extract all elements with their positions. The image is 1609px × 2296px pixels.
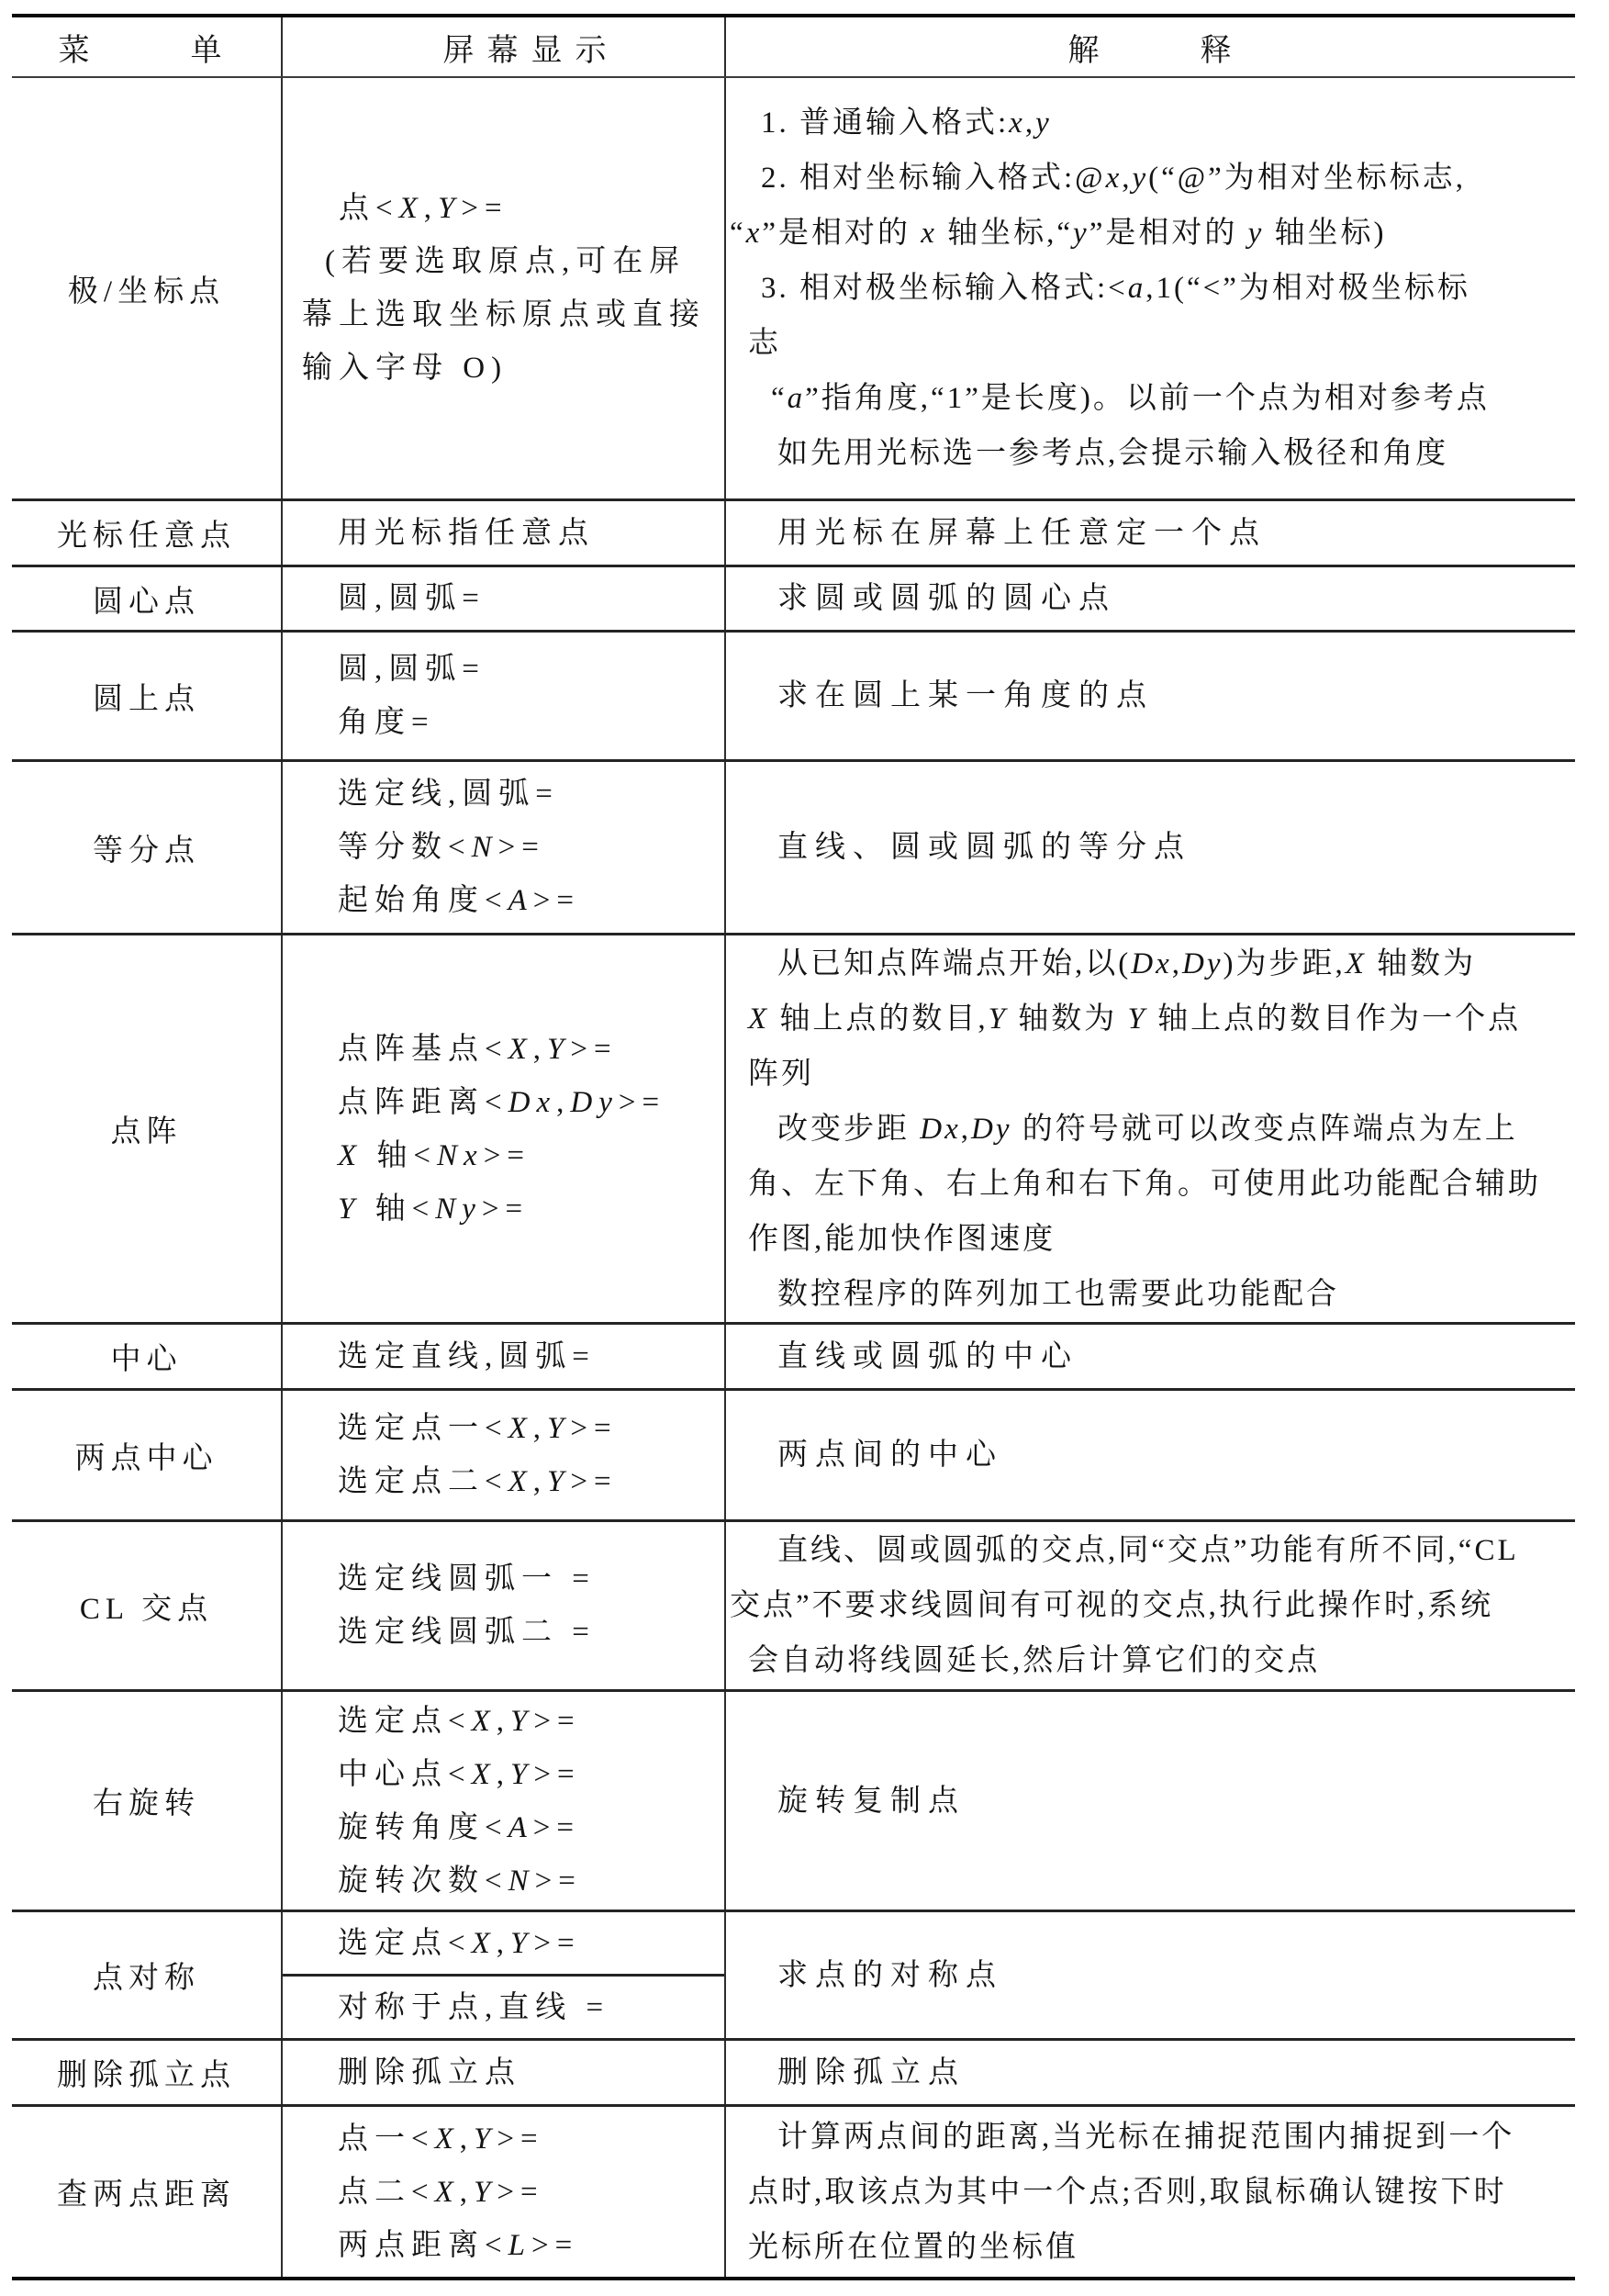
text-line: 点二<X,Y>= (338, 2166, 724, 2219)
screen-cell: 选定点一<X,Y>=选定点二<X,Y>= (281, 1391, 724, 1519)
header-row: 菜 单 屏幕显示 解 释 (12, 17, 1575, 76)
explain-cell: 计算两点间的距离,当光标在捕捉范围内捕捉到一个点时,取该点为其中一个点;否则,取… (724, 2107, 1575, 2277)
screen-subcell-bottom: 对称于点,直线 = (283, 1974, 724, 2038)
text-line: 用光标指任意点 (338, 507, 724, 560)
text-line: 选定线,圆弧= (338, 767, 724, 821)
text-line: 交点”不要求线圆间有可视的交点,执行此操作时,系统 (730, 1578, 1564, 1633)
text-line: “x”是相对的 x 轴坐标,“y”是相对的 y 轴坐标) (730, 206, 1564, 261)
text-line: 起始角度<A>= (338, 874, 724, 927)
explain-cell: 1. 普通输入格式:x,y2. 相对坐标输入格式:@x,y(“@”为相对坐标标志… (724, 78, 1575, 498)
menu-cell: 圆上点 (12, 633, 281, 759)
table-row-cursor-any-point: 光标任意点 用光标指任意点 用光标在屏幕上任意定一个点 (12, 498, 1575, 565)
table-row-right-rotate: 右旋转 选定点<X,Y>=中心点<X,Y>=旋转角度<A>=旋转次数<N>= 旋… (12, 1689, 1575, 1910)
screen-cell: 选定线,圆弧=等分数<N>=起始角度<A>= (281, 762, 724, 933)
text-line: 直线或圆弧的中心 (748, 1329, 1564, 1384)
menu-cell: 极/坐标点 (12, 78, 281, 498)
text-line: 两点间的中心 (748, 1428, 1564, 1483)
menu-cell: 右旋转 (12, 1692, 281, 1910)
text-line: 选定直线,圆弧= (338, 1330, 724, 1383)
explain-cell: 删除孤立点 (724, 2041, 1575, 2104)
text-line: (若要选取原点,可在屏 (302, 235, 724, 288)
explain-cell: 两点间的中心 (724, 1391, 1575, 1519)
text-line: 选定线圆弧一 = (338, 1552, 724, 1606)
text-line: 点阵基点<X,Y>= (338, 1023, 724, 1076)
text-line: 旋转角度<A>= (338, 1801, 724, 1854)
text-line: 会自动将线圆延长,然后计算它们的交点 (748, 1633, 1564, 1688)
screen-cell: 点<X,Y>=(若要选取原点,可在屏幕上选取坐标原点或直接输入字母 O) (281, 78, 724, 498)
text-line: 光标所在位置的坐标值 (748, 2220, 1564, 2275)
text-line: 圆,圆弧= (338, 643, 724, 696)
menu-cell: 点对称 (12, 1912, 281, 2038)
table-row-point-on-circle: 圆上点 圆,圆弧=角度= 求在圆上某一角度的点 (12, 630, 1575, 759)
screen-cell: 圆,圆弧= (281, 567, 724, 630)
text-line: 选定线圆弧二 = (338, 1606, 724, 1659)
text-line: 中心点<X,Y>= (338, 1748, 724, 1801)
text-line: 如先用光标选一参考点,会提示输入极径和角度 (748, 426, 1564, 481)
text-line: 选定点二<X,Y>= (338, 1455, 724, 1508)
text-line: 角、左下角、右上角和右下角。可使用此功能配合辅助 (748, 1157, 1564, 1212)
text-line: 圆,圆弧= (338, 572, 724, 625)
text-line: 选定点<X,Y>= (338, 1917, 724, 1970)
text-line: 1. 普通输入格式:x,y (748, 95, 1564, 151)
table-row-center: 中心 选定直线,圆弧= 直线或圆弧的中心 (12, 1322, 1575, 1388)
text-line: 从已知点阵端点开始,以(Dx,Dy)为步距,X 轴数为 (748, 936, 1564, 991)
table-row-query-two-point-distance: 查两点距离 点一<X,Y>=点二<X,Y>=两点距离<L>= 计算两点间的距离,… (12, 2104, 1575, 2277)
screen-cell: 选定直线,圆弧= (281, 1325, 724, 1388)
text-line: 角度= (338, 696, 724, 749)
text-line: 旋转次数<N>= (338, 1854, 724, 1908)
text-line: 删除孤立点 (748, 2045, 1564, 2100)
screen-cell: 删除孤立点 (281, 2041, 724, 2104)
menu-cell: 光标任意点 (12, 501, 281, 565)
table-row-cl-intersection: CL 交点 选定线圆弧一 =选定线圆弧二 = 直线、圆或圆弧的交点,同“交点”功… (12, 1519, 1575, 1689)
table-row-polar-coord-point: 极/坐标点 点<X,Y>=(若要选取原点,可在屏幕上选取坐标原点或直接输入字母 … (12, 76, 1575, 498)
text-line: 2. 相对坐标输入格式:@x,y(“@”为相对坐标标志, (748, 151, 1564, 206)
table-row-two-point-center: 两点中心 选定点一<X,Y>=选定点二<X,Y>= 两点间的中心 (12, 1388, 1575, 1519)
text-line: 选定点一<X,Y>= (338, 1402, 724, 1455)
text-line: 点一<X,Y>= (338, 2112, 724, 2166)
table-row-division-points: 等分点 选定线,圆弧=等分数<N>=起始角度<A>= 直线、圆或圆弧的等分点 (12, 759, 1575, 933)
explain-cell: 求点的对称点 (724, 1912, 1575, 2038)
text-line: X 轴<Nx>= (338, 1129, 724, 1182)
table-row-circle-center-point: 圆心点 圆,圆弧= 求圆或圆弧的圆心点 (12, 565, 1575, 630)
screen-cell: 选定点<X,Y>=中心点<X,Y>=旋转角度<A>=旋转次数<N>= (281, 1692, 724, 1910)
explain-cell: 从已知点阵端点开始,以(Dx,Dy)为步距,X 轴数为X 轴上点的数目,Y 轴数… (724, 935, 1575, 1322)
text-line: 求圆或圆弧的圆心点 (748, 571, 1564, 626)
text-line: 数控程序的阵列加工也需要此功能配合 (748, 1267, 1564, 1322)
menu-cell: 删除孤立点 (12, 2041, 281, 2104)
text-line: 3. 相对极坐标输入格式:<a,1(“<”为相对极坐标标 (748, 261, 1564, 316)
text-line: 阵列 (748, 1047, 1564, 1102)
menu-cell: 等分点 (12, 762, 281, 933)
text-line: 点阵距离<Dx,Dy>= (338, 1076, 724, 1129)
screen-cell-split: 选定点<X,Y>= 对称于点,直线 = (281, 1912, 724, 2038)
text-line: 两点距离<L>= (338, 2219, 724, 2272)
text-line: 点<X,Y>= (302, 182, 724, 235)
header-screen-display: 屏幕显示 (281, 17, 724, 76)
menu-cell: 圆心点 (12, 567, 281, 630)
text-line: 作图,能加快作图速度 (748, 1212, 1564, 1267)
text-line: 用光标在屏幕上任意定一个点 (748, 506, 1564, 561)
header-menu: 菜 单 (12, 17, 281, 76)
text-line: 选定点<X,Y>= (338, 1695, 724, 1748)
explain-cell: 求圆或圆弧的圆心点 (724, 567, 1575, 630)
text-line: 点时,取该点为其中一个点;否则,取鼠标确认键按下时 (748, 2165, 1564, 2220)
table-row-point-symmetry: 点对称 选定点<X,Y>= 对称于点,直线 = 求点的对称点 (12, 1910, 1575, 2038)
explain-cell: 直线、圆或圆弧的等分点 (724, 762, 1575, 933)
text-line: 旋转复制点 (748, 1774, 1564, 1829)
menu-cell: 两点中心 (12, 1391, 281, 1519)
screen-cell: 圆,圆弧=角度= (281, 633, 724, 759)
text-line: 输入字母 O) (302, 342, 724, 395)
menu-cell: CL 交点 (12, 1522, 281, 1689)
text-line: 志 (748, 316, 1564, 371)
explain-cell: 用光标在屏幕上任意定一个点 (724, 501, 1575, 565)
text-line: 对称于点,直线 = (338, 1981, 724, 2034)
scanned-page: 菜 单 屏幕显示 解 释 极/坐标点 点<X,Y>=(若要选取原点,可在屏幕上选… (0, 0, 1609, 2296)
menu-cell: 中心 (12, 1325, 281, 1388)
text-line: Y 轴<Ny>= (338, 1182, 724, 1236)
text-line: 直线、圆或圆弧的等分点 (748, 820, 1564, 875)
screen-subcell-top: 选定点<X,Y>= (283, 1912, 724, 1974)
explain-cell: 直线或圆弧的中心 (724, 1325, 1575, 1388)
text-line: “a”指角度,“1”是长度)。以前一个点为相对参考点 (748, 371, 1564, 426)
text-line: 删除孤立点 (338, 2046, 724, 2100)
explain-cell: 旋转复制点 (724, 1692, 1575, 1910)
menu-cell: 查两点距离 (12, 2107, 281, 2277)
text-line: 计算两点间的距离,当光标在捕捉范围内捕捉到一个 (748, 2110, 1564, 2165)
menu-cell: 点阵 (12, 935, 281, 1322)
explain-cell: 直线、圆或圆弧的交点,同“交点”功能有所不同,“CL交点”不要求线圆间有可视的交… (724, 1522, 1575, 1689)
text-line: 幕上选取坐标原点或直接 (302, 288, 724, 342)
text-line: 求在圆上某一角度的点 (748, 668, 1564, 723)
screen-cell: 选定线圆弧一 =选定线圆弧二 = (281, 1522, 724, 1689)
text-line: 直线、圆或圆弧的交点,同“交点”功能有所不同,“CL (748, 1523, 1564, 1578)
header-explanation: 解 释 (724, 17, 1575, 76)
text-line: 等分数<N>= (338, 821, 724, 874)
screen-cell: 点一<X,Y>=点二<X,Y>=两点距离<L>= (281, 2107, 724, 2277)
table-row-point-array: 点阵 点阵基点<X,Y>=点阵距离<Dx,Dy>=X 轴<Nx>=Y 轴<Ny>… (12, 933, 1575, 1322)
screen-cell: 用光标指任意点 (281, 501, 724, 565)
table-row-delete-isolated-point: 删除孤立点 删除孤立点 删除孤立点 (12, 2038, 1575, 2104)
text-line: 改变步距 Dx,Dy 的符号就可以改变点阵端点为左上 (748, 1102, 1564, 1157)
screen-cell: 点阵基点<X,Y>=点阵距离<Dx,Dy>=X 轴<Nx>=Y 轴<Ny>= (281, 935, 724, 1322)
reference-table: 菜 单 屏幕显示 解 释 极/坐标点 点<X,Y>=(若要选取原点,可在屏幕上选… (12, 14, 1575, 2280)
text-line: 求点的对称点 (748, 1948, 1564, 2003)
text-line: X 轴上点的数目,Y 轴数为 Y 轴上点的数目作为一个点 (748, 991, 1564, 1047)
explain-cell: 求在圆上某一角度的点 (724, 633, 1575, 759)
